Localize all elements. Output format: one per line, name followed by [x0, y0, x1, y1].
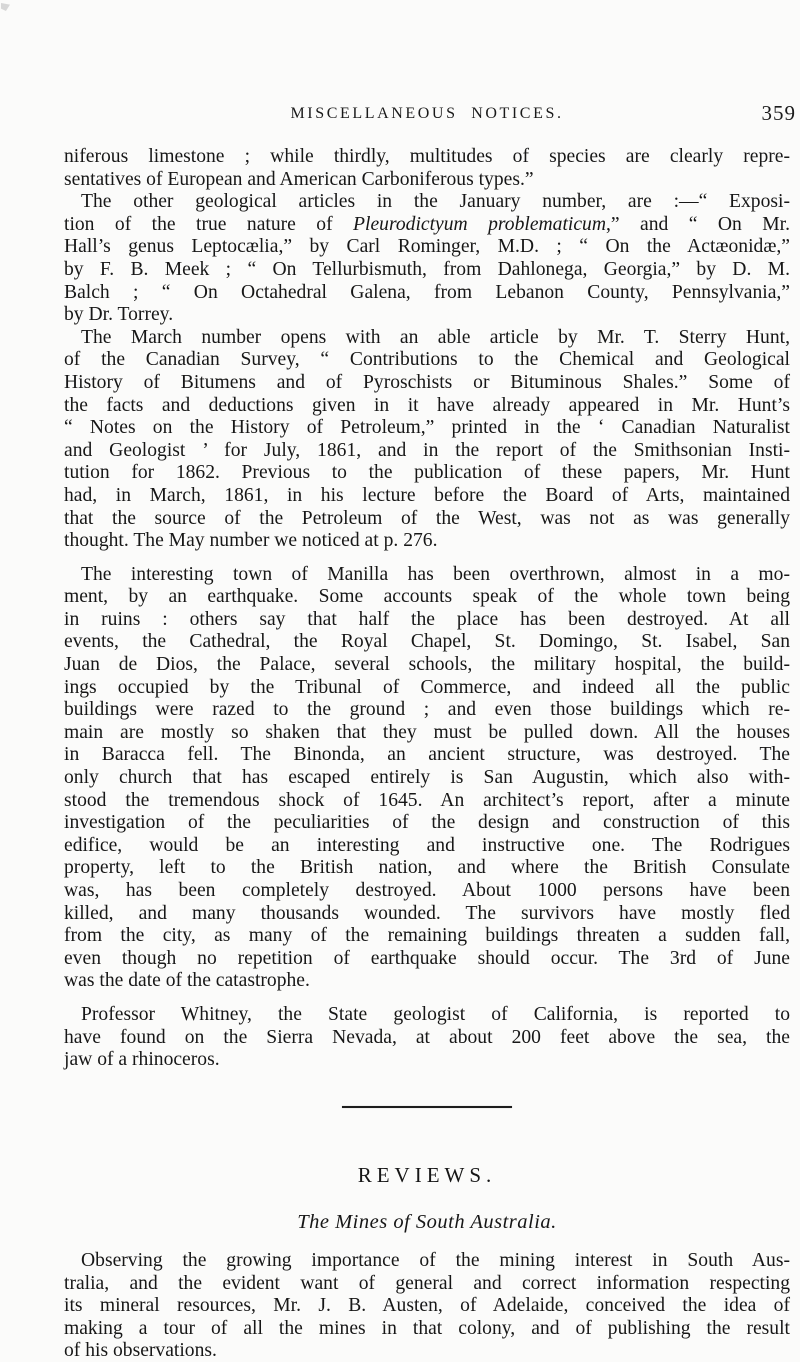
text-line: that the source of the Petroleum of the …	[64, 508, 790, 531]
text-line: by Dr. Torrey.	[64, 304, 790, 327]
text-line: niferous limestone ; while thirdly, mult…	[64, 146, 790, 169]
paragraph: The March number opens with an able arti…	[64, 327, 790, 553]
paragraph: Observing the growing importance of the …	[64, 1250, 790, 1362]
text-line: by F. B. Meek ; “ On Tellurbismuth, from…	[64, 259, 790, 282]
text-line: tralia, and the evident want of general …	[64, 1273, 790, 1296]
paragraph: niferous limestone ; while thirdly, mult…	[64, 146, 790, 191]
text-line: killed, and many thousands wounded. The …	[64, 903, 790, 926]
text-line: ment, by an earthquake. Some accounts sp…	[64, 586, 790, 609]
text-line: tution for 1862. Previous to the publica…	[64, 462, 790, 485]
text-line: was the date of the catastrophe.	[64, 970, 790, 993]
text-line: and Geologist ’ for July, 1861, and in t…	[64, 440, 790, 463]
text-line: had, in March, 1861, in his lecture befo…	[64, 485, 790, 508]
text-line: from the city, as many of the remaining …	[64, 925, 790, 948]
text-line: The March number opens with an able arti…	[64, 327, 790, 350]
text-line: making a tour of all the mines in that c…	[64, 1318, 790, 1341]
text-line: Observing the growing importance of the …	[64, 1250, 790, 1273]
text-line: edifice, would be an interesting and ins…	[64, 835, 790, 858]
text-line: Juan de Dios, the Palace, several school…	[64, 654, 790, 677]
review-work-title: The Mines of South Australia.	[64, 1211, 790, 1234]
text-line: jaw of a rhinoceros.	[64, 1049, 790, 1072]
text-line: even though no repetition of earthquake …	[64, 948, 790, 971]
text-line: events, the Cathedral, the Royal Chapel,…	[64, 631, 790, 654]
paragraph: The interesting town of Manilla has been…	[64, 564, 790, 993]
text-line: tion of the true nature of Pleurodictyum…	[64, 214, 790, 237]
scanned-book-page: MISCELLANEOUS NOTICES. 359 niferous lime…	[0, 0, 800, 1362]
text-line: in Baracca fell. The Binonda, an ancient…	[64, 744, 790, 767]
paragraph: The other geological articles in the Jan…	[64, 191, 790, 327]
text-line: stood the tremendous shock of 1645. An a…	[64, 790, 790, 813]
text-line: “ Notes on the History of Petroleum,” pr…	[64, 417, 790, 440]
text-line: The interesting town of Manilla has been…	[64, 564, 790, 587]
page-number: 359	[762, 101, 797, 126]
text-line: was, has been completely destroyed. Abou…	[64, 880, 790, 903]
text-line: sentatives of European and American Carb…	[64, 169, 790, 192]
text-line: investigation of the peculiarities of th…	[64, 812, 790, 835]
text-line: its mineral resources, Mr. J. B. Austen,…	[64, 1295, 790, 1318]
text-line: main are mostly so shaken that they must…	[64, 722, 790, 745]
text-line: have found on the Sierra Nevada, at abou…	[64, 1027, 790, 1050]
paragraph: Professor Whitney, the State geologist o…	[64, 1004, 790, 1072]
text-line: thought. The May number we noticed at p.…	[64, 530, 790, 553]
section-divider	[64, 1106, 790, 1108]
text-line: Balch ; “ On Octahedral Galena, from Leb…	[64, 282, 790, 305]
text-line: buildings were razed to the ground ; and…	[64, 699, 790, 722]
text-line: Hall’s genus Leptocælia,” by Carl Roming…	[64, 236, 790, 259]
text-line: The other geological articles in the Jan…	[64, 191, 790, 214]
divider-rule	[342, 1106, 512, 1108]
review-text: Observing the growing importance of the …	[64, 1250, 790, 1362]
text-line: of his observations.	[64, 1340, 790, 1362]
reviews-heading: REVIEWS.	[64, 1163, 790, 1188]
notices-text: niferous limestone ; while thirdly, mult…	[64, 146, 790, 1072]
text-line: History of Bitumens and of Pyroschists o…	[64, 372, 790, 395]
text-line: Professor Whitney, the State geologist o…	[64, 1004, 790, 1027]
text-line: in ruins : others say that half the plac…	[64, 609, 790, 632]
text-line: the facts and deductions given in it hav…	[64, 395, 790, 418]
text-line: only church that has escaped entirely is…	[64, 767, 790, 790]
text-line: property, left to the British nation, an…	[64, 857, 790, 880]
text-line: of the Canadian Survey, “ Contributions …	[64, 349, 790, 372]
scan-artifact-mark	[1, 3, 10, 11]
running-head-title: MISCELLANEOUS NOTICES.	[64, 105, 790, 123]
text-line: ings occupied by the Tribunal of Commerc…	[64, 677, 790, 700]
